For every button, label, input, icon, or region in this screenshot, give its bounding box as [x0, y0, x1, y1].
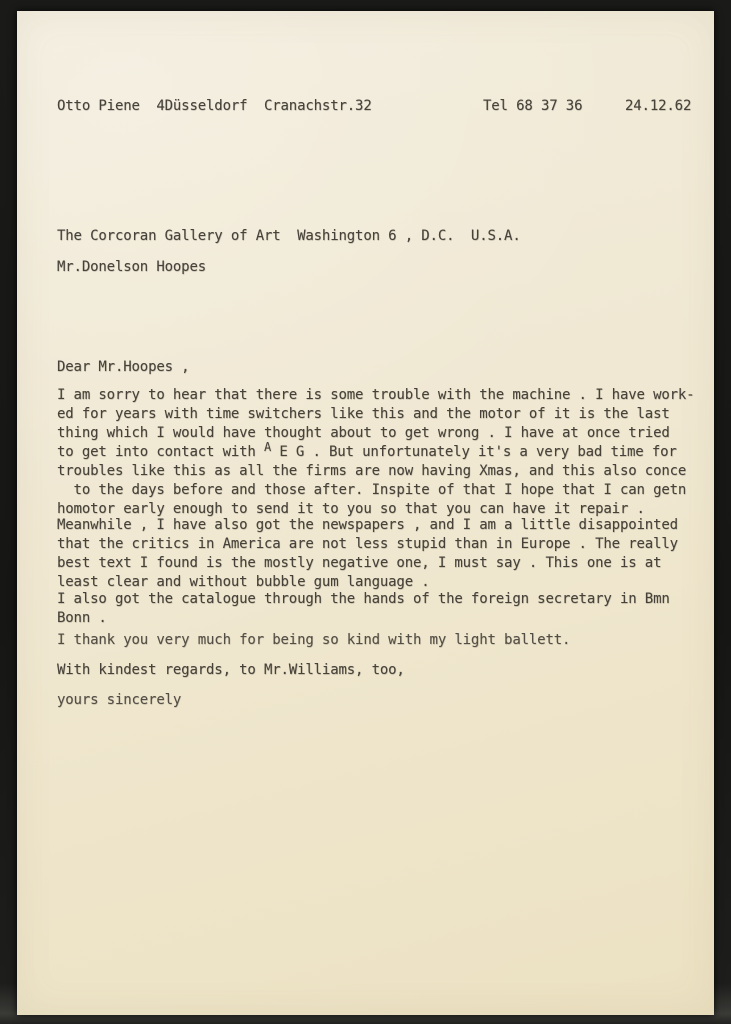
contact-line-post: E G . But unfortunately it's a very bad … — [271, 444, 677, 460]
letterhead-sender: Otto Piene 4Düsseldorf Cranachstr.32 — [57, 97, 372, 116]
letter-paper: Otto Piene 4Düsseldorf Cranachstr.32 Tel… — [17, 11, 714, 1015]
letterhead-phone: Tel 68 37 36 — [483, 97, 582, 116]
paragraph1-line: I am sorry to hear that there is some tr… — [57, 386, 694, 405]
recipient-line: The Corcoran Gallery of Art Washington 6… — [57, 227, 521, 246]
paragraph1-line: troubles like this as all the firms are … — [57, 462, 686, 481]
superscript-a: A — [264, 438, 271, 457]
recipient-name: Mr.Donelson Hoopes — [57, 258, 206, 277]
regards-line: With kindest regards, to Mr.Williams, to… — [57, 661, 405, 680]
paragraph1-line: ed for years with time switchers like th… — [57, 405, 670, 424]
paragraph2-line: that the critics in America are not less… — [57, 535, 678, 554]
paragraph3-line: I also got the catalogue through the han… — [57, 590, 670, 609]
salutation: Dear Mr.Hoopes , — [57, 358, 189, 377]
paragraph2-line: Meanwhile , I have also got the newspape… — [57, 516, 678, 535]
paragraph2-line: best text I found is the mostly negative… — [57, 554, 661, 573]
paragraph1-contact-line: to get into contact with A E G . But unf… — [57, 443, 677, 462]
paragraph1-line: thing which I would have thought about t… — [57, 424, 670, 443]
paragraph1-line: to the days before and those after. Insp… — [57, 481, 686, 500]
paragraph3-line: Bonn . — [57, 609, 107, 628]
closing-line: yours sincerely — [57, 691, 181, 710]
letterhead-date: 24.12.62 — [625, 97, 691, 116]
contact-line-pre: to get into contact with — [57, 444, 264, 460]
scanned-letter: Otto Piene 4Düsseldorf Cranachstr.32 Tel… — [0, 0, 731, 1024]
thanks-line: I thank you very much for being so kind … — [57, 631, 570, 650]
